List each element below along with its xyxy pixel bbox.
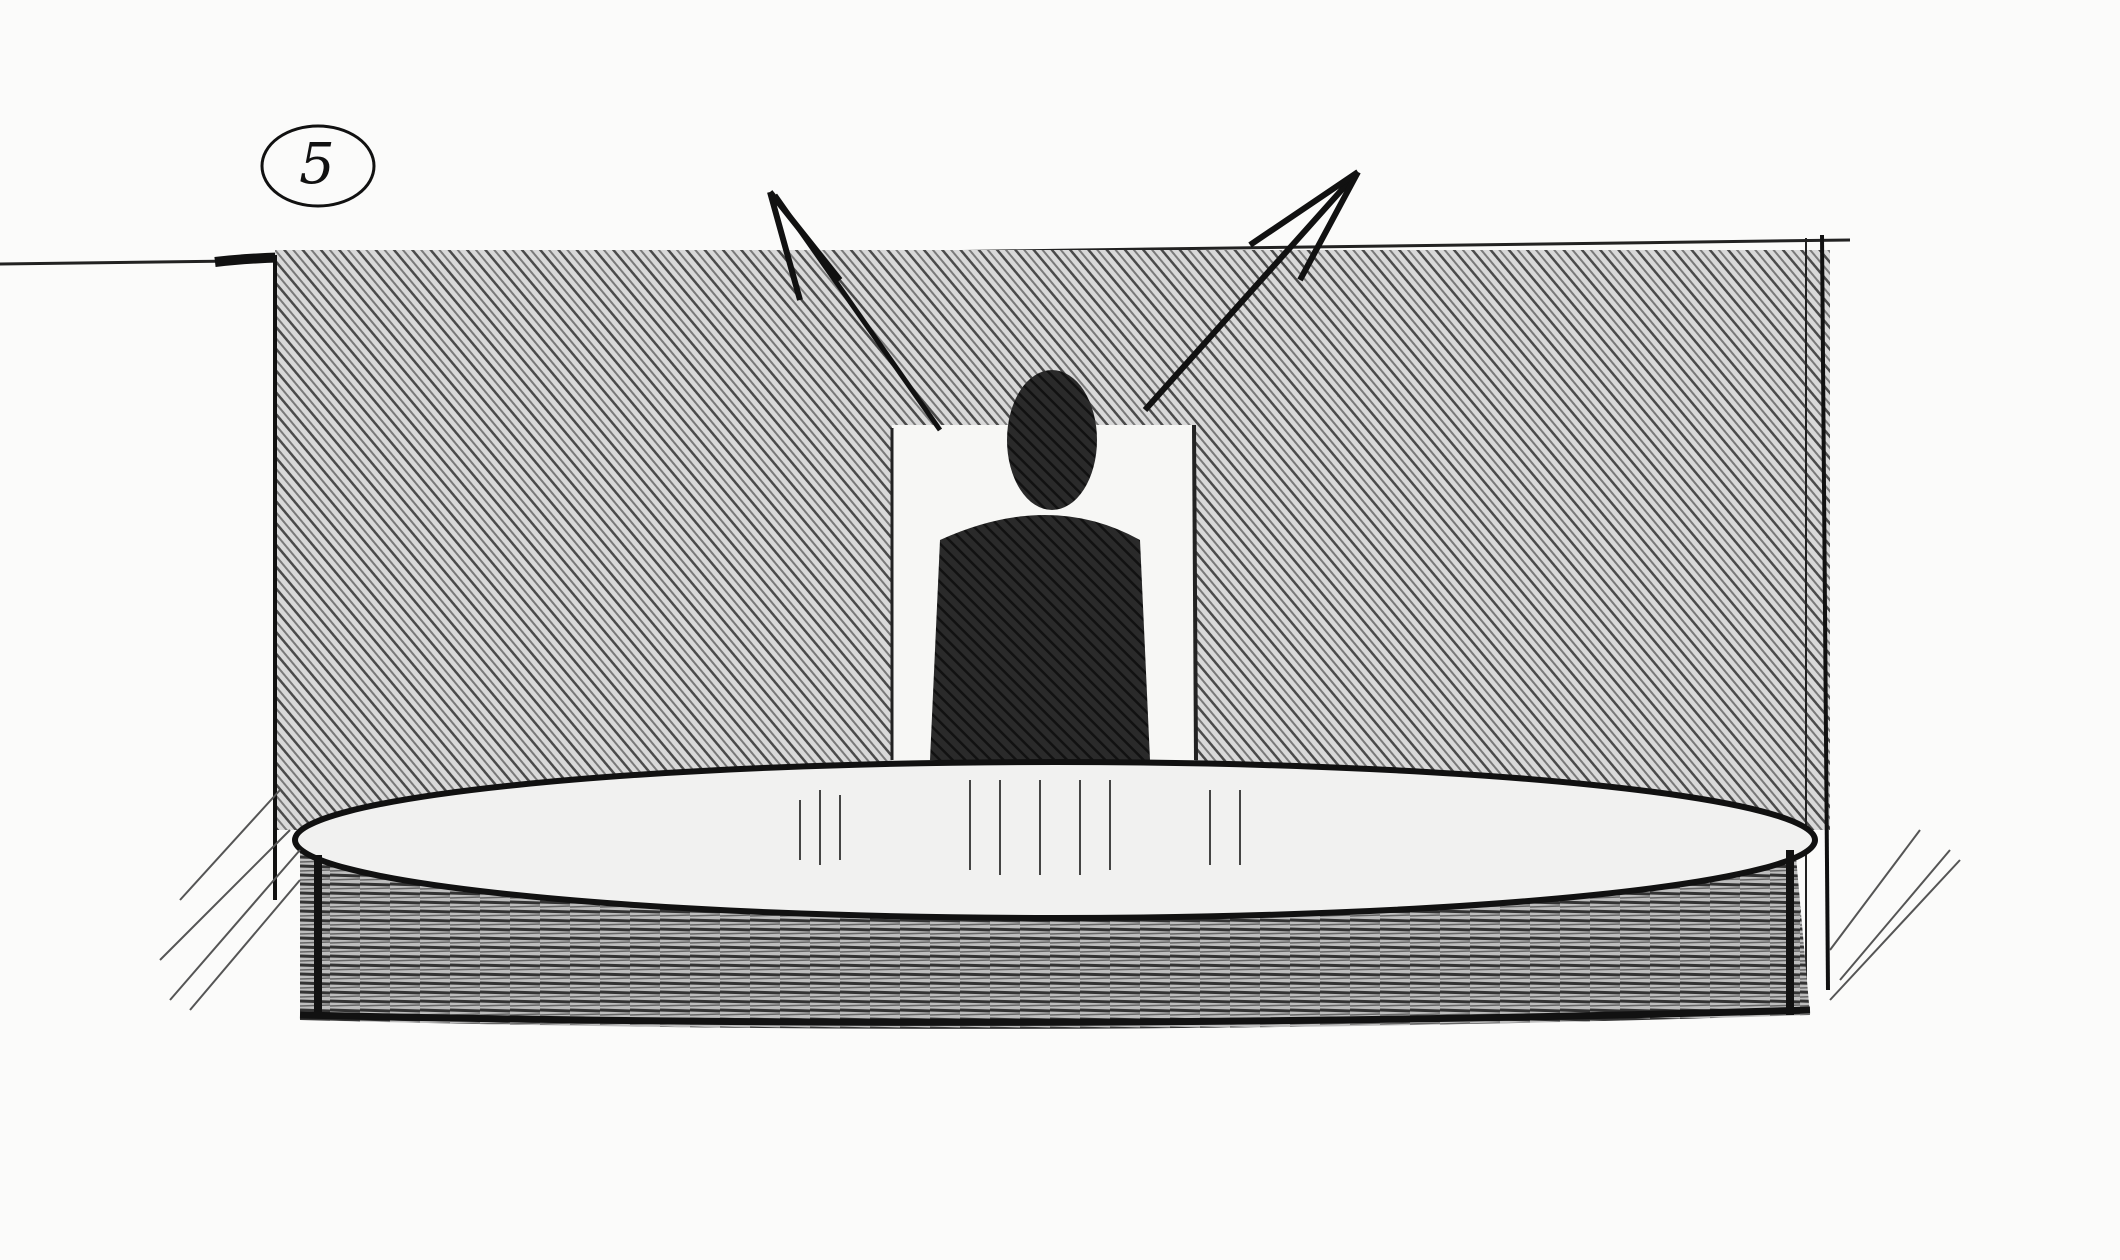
oval-table [295, 762, 1815, 1029]
panel-number: 5 [262, 122, 372, 206]
